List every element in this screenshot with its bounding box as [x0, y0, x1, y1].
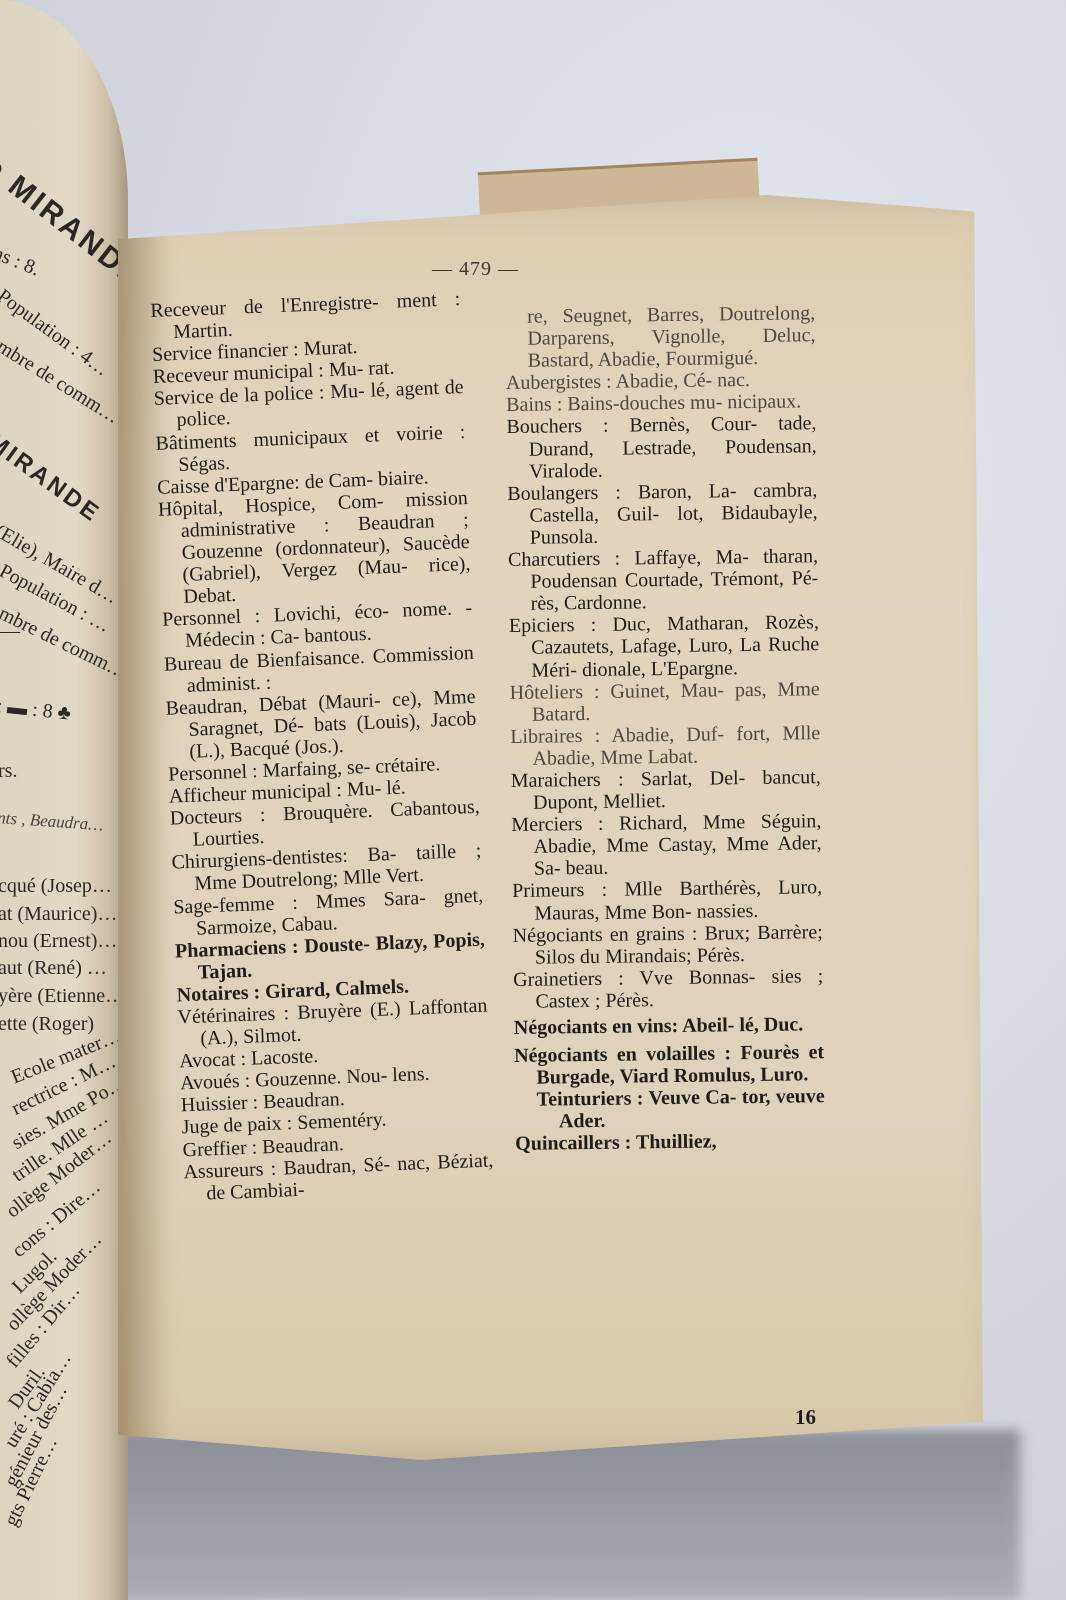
left-page-text: ette (Roger)	[0, 1013, 94, 1036]
left-page: e MIRANDE ns : 8. Population : 4… ombre …	[0, 0, 128, 1600]
left-page-text: yère (Etienne…	[0, 985, 125, 1008]
directory-entry: Maraichers : Sarlat, Del- bancut, Dupont…	[511, 766, 822, 814]
left-text-column: Receveur de l'Enregistre- ment : Martin.…	[150, 288, 495, 1205]
directory-entry: Grainetiers : Vve Bonnas- sies ; Castex …	[513, 965, 824, 1013]
directory-entry: Merciers : Richard, Mme Séguin, Abadie, …	[511, 810, 822, 880]
left-page-text: ns : 8.	[0, 242, 43, 281]
directory-entry: Epiciers : Duc, Matharan, Rozès, Cazaute…	[509, 612, 820, 682]
table-surface-shadow	[60, 1430, 1020, 1600]
directory-entry-continuation: re, Seugnet, Barres, Doutrelong, Darpare…	[505, 302, 816, 372]
directory-entry: Beaudran, Débat (Mauri- ce), Mme Saragne…	[165, 685, 477, 763]
left-page-text: ; ▬ : 8 ♣	[0, 695, 72, 726]
directory-entry: Teinturiers : Veuve Ca- tor, veuve Ader.	[515, 1085, 826, 1133]
left-page-text: at (Maurice)…	[0, 903, 117, 926]
directory-entry: Négociants en vins: Abeil- lé, Duc.	[514, 1013, 824, 1039]
directory-entry: Hôteliers : Guinet, Mau- pas, Mme Batard…	[510, 678, 821, 726]
right-text-column: re, Seugnet, Barres, Doutrelong, Darpare…	[505, 302, 825, 1155]
directory-entry: Quincaillers : Thuilliez,	[515, 1130, 825, 1156]
directory-entry: Hôpital, Hospice, Com- mission administr…	[158, 487, 472, 609]
directory-entry: Boulangers : Baron, La- cambra, Castella…	[507, 479, 818, 549]
left-page-heading: MIRANDE	[0, 428, 106, 529]
left-page-text: cqué (Josep…	[0, 875, 112, 898]
directory-entry: Charcutiers : Laffaye, Ma- tharan, Poude…	[508, 545, 819, 615]
directory-entry: Négociants en grains : Brux; Barrère; Si…	[513, 921, 824, 969]
directory-entry: Bouchers : Bernès, Cour- tade, Durand, L…	[506, 413, 817, 483]
directory-entry: Négociants en volailles : Fourès et Burg…	[514, 1041, 825, 1089]
left-page-text: nou (Ernest)…	[0, 930, 117, 953]
page-number: — 479 —	[432, 258, 519, 281]
left-page-text: —	[0, 620, 20, 643]
left-page-text: aut (René) …	[0, 957, 107, 980]
directory-entry: Primeurs : Mlle Barthérès, Luro, Mauras,…	[512, 877, 823, 925]
signature-mark: 16	[795, 1405, 816, 1430]
left-page-text: nts , Beaudra…	[0, 808, 104, 835]
left-page-text: rs.	[0, 760, 17, 783]
directory-entry: Libraires : Abadie, Duf- fort, Mlle Abad…	[510, 722, 821, 770]
